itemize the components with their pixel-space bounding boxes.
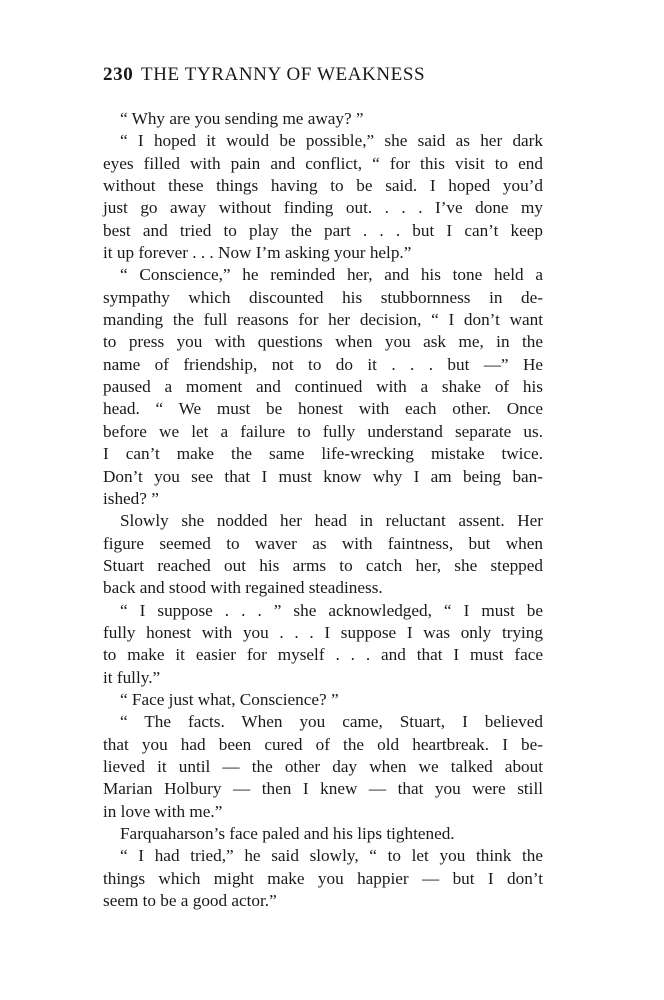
running-head: 230 THE TYRANNY OF WEAKNESS bbox=[103, 64, 543, 92]
text-line: head. “ We must be honest with each othe… bbox=[103, 398, 543, 420]
book-page: 230 THE TYRANNY OF WEAKNESS “ Why are yo… bbox=[0, 0, 664, 1000]
text-line: back and stood with regained steadiness. bbox=[103, 577, 543, 599]
text-line: “ I had tried,” he said slowly, “ to let… bbox=[103, 845, 543, 867]
text-line: seem to be a good actor.” bbox=[103, 890, 543, 912]
text-line: “ I hoped it would be possible,” she sai… bbox=[103, 130, 543, 152]
text-line: I can’t make the same life-wrecking mist… bbox=[103, 443, 543, 465]
text-line: to press you with questions when you ask… bbox=[103, 331, 543, 353]
text-line: it fully.” bbox=[103, 667, 543, 689]
text-line: sympathy which discounted his stubbornne… bbox=[103, 287, 543, 309]
page-number: 230 bbox=[103, 64, 133, 86]
text-line: just go away without finding out. . . . … bbox=[103, 197, 543, 219]
text-line: without these things having to be said. … bbox=[103, 175, 543, 197]
text-line: paused a moment and continued with a sha… bbox=[103, 376, 543, 398]
text-line: Farquaharson’s face paled and his lips t… bbox=[103, 823, 543, 845]
text-line: “ Why are you sending me away? ” bbox=[103, 108, 543, 130]
text-line: best and tried to play the part . . . bu… bbox=[103, 220, 543, 242]
text-line: Marian Holbury — then I knew — that you … bbox=[103, 778, 543, 800]
body-text: “ Why are you sending me away? ”“ I hope… bbox=[103, 108, 543, 912]
text-line: Slowly she nodded her head in reluctant … bbox=[103, 510, 543, 532]
text-line: ished? ” bbox=[103, 488, 543, 510]
text-line: fully honest with you . . . I suppose I … bbox=[103, 622, 543, 644]
text-line: things which might make you happier — bu… bbox=[103, 868, 543, 890]
text-line: “ The facts. When you came, Stuart, I be… bbox=[103, 711, 543, 733]
text-line: it up forever . . . Now I’m asking your … bbox=[103, 242, 543, 264]
text-line: to make it easier for myself . . . and t… bbox=[103, 644, 543, 666]
text-line: Don’t you see that I must know why I am … bbox=[103, 466, 543, 488]
text-line: in love with me.” bbox=[103, 801, 543, 823]
text-line: before we let a failure to fully underst… bbox=[103, 421, 543, 443]
book-title: THE TYRANNY OF WEAKNESS bbox=[141, 64, 425, 86]
text-line: figure seemed to waver as with faintness… bbox=[103, 533, 543, 555]
text-line: name of friendship, not to do it . . . b… bbox=[103, 354, 543, 376]
text-line: eyes filled with pain and conflict, “ fo… bbox=[103, 153, 543, 175]
text-line: lieved it until — the other day when we … bbox=[103, 756, 543, 778]
text-line: “ Conscience,” he reminded her, and his … bbox=[103, 264, 543, 286]
text-line: that you had been cured of the old heart… bbox=[103, 734, 543, 756]
text-line: “ I suppose . . . ” she acknowledged, “ … bbox=[103, 600, 543, 622]
text-line: manding the full reasons for her decisio… bbox=[103, 309, 543, 331]
text-line: “ Face just what, Conscience? ” bbox=[103, 689, 543, 711]
text-line: Stuart reached out his arms to catch her… bbox=[103, 555, 543, 577]
